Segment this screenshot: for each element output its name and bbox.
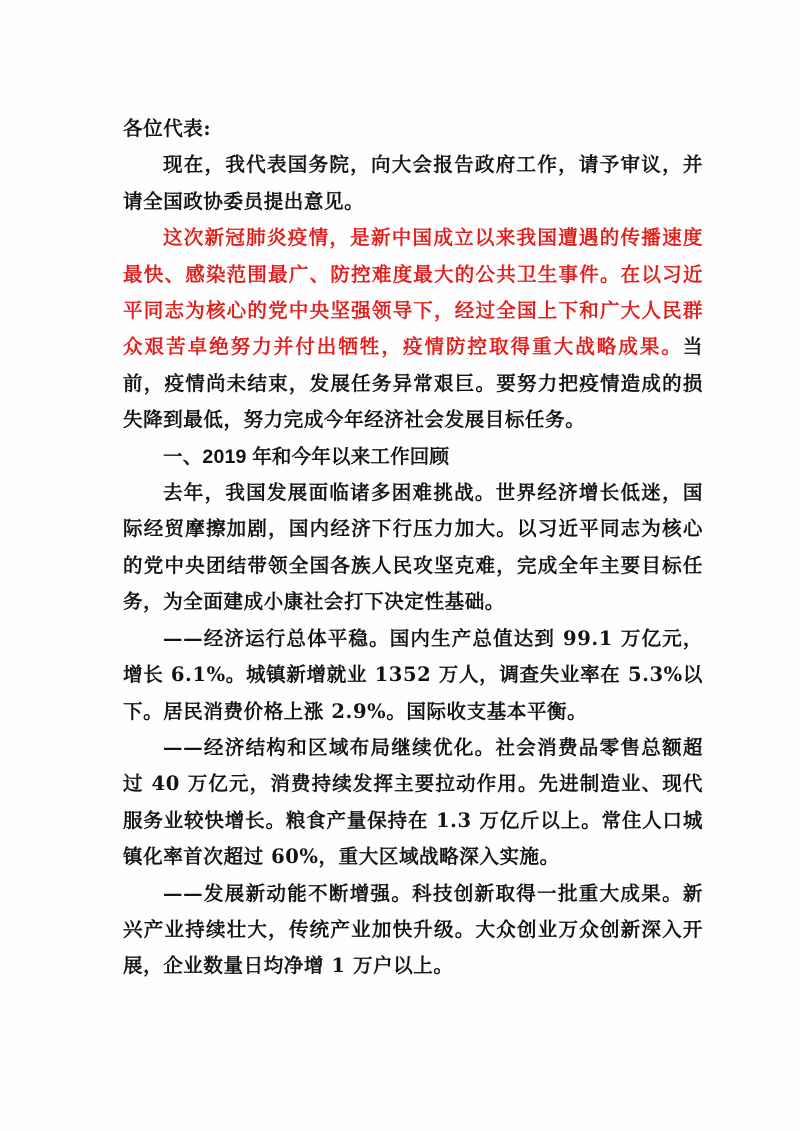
document-page: 各位代表: 现在，我代表国务院，向大会报告政府工作，请予审议，并请全国政协委员提…	[0, 0, 800, 1131]
structure-paragraph: ——经济结构和区域布局继续优化。社会消费品零售总额超过 40 万亿元，消费持续发…	[123, 730, 703, 876]
epidemic-paragraph: 这次新冠肺炎疫情，是新中国成立以来我国遭遇的传播速度最快、感染范围最广、防控难度…	[123, 220, 703, 438]
economy-paragraph: ——经济运行总体平稳。国内生产总值达到 99.1 万亿元，增长 6.1%。城镇新…	[123, 621, 703, 730]
highlighted-red-text: 这次新冠肺炎疫情，是新中国成立以来我国遭遇的传播速度最快、感染范围最广、防控难度…	[123, 226, 703, 358]
opening-paragraph: 现在，我代表国务院，向大会报告政府工作，请予审议，并请全国政协委员提出意见。	[123, 147, 703, 220]
section-heading: 一、2019 年和今年以来工作回顾	[123, 439, 703, 475]
document-body: 各位代表: 现在，我代表国务院，向大会报告政府工作，请予审议，并请全国政协委员提…	[123, 111, 703, 985]
review-paragraph: 去年，我国发展面临诸多困难挑战。世界经济增长低迷，国际经贸摩擦加剧，国内经济下行…	[123, 475, 703, 621]
salutation: 各位代表:	[123, 111, 703, 147]
momentum-paragraph: ——发展新动能不断增强。科技创新取得一批重大成果。新兴产业持续壮大，传统产业加快…	[123, 876, 703, 985]
